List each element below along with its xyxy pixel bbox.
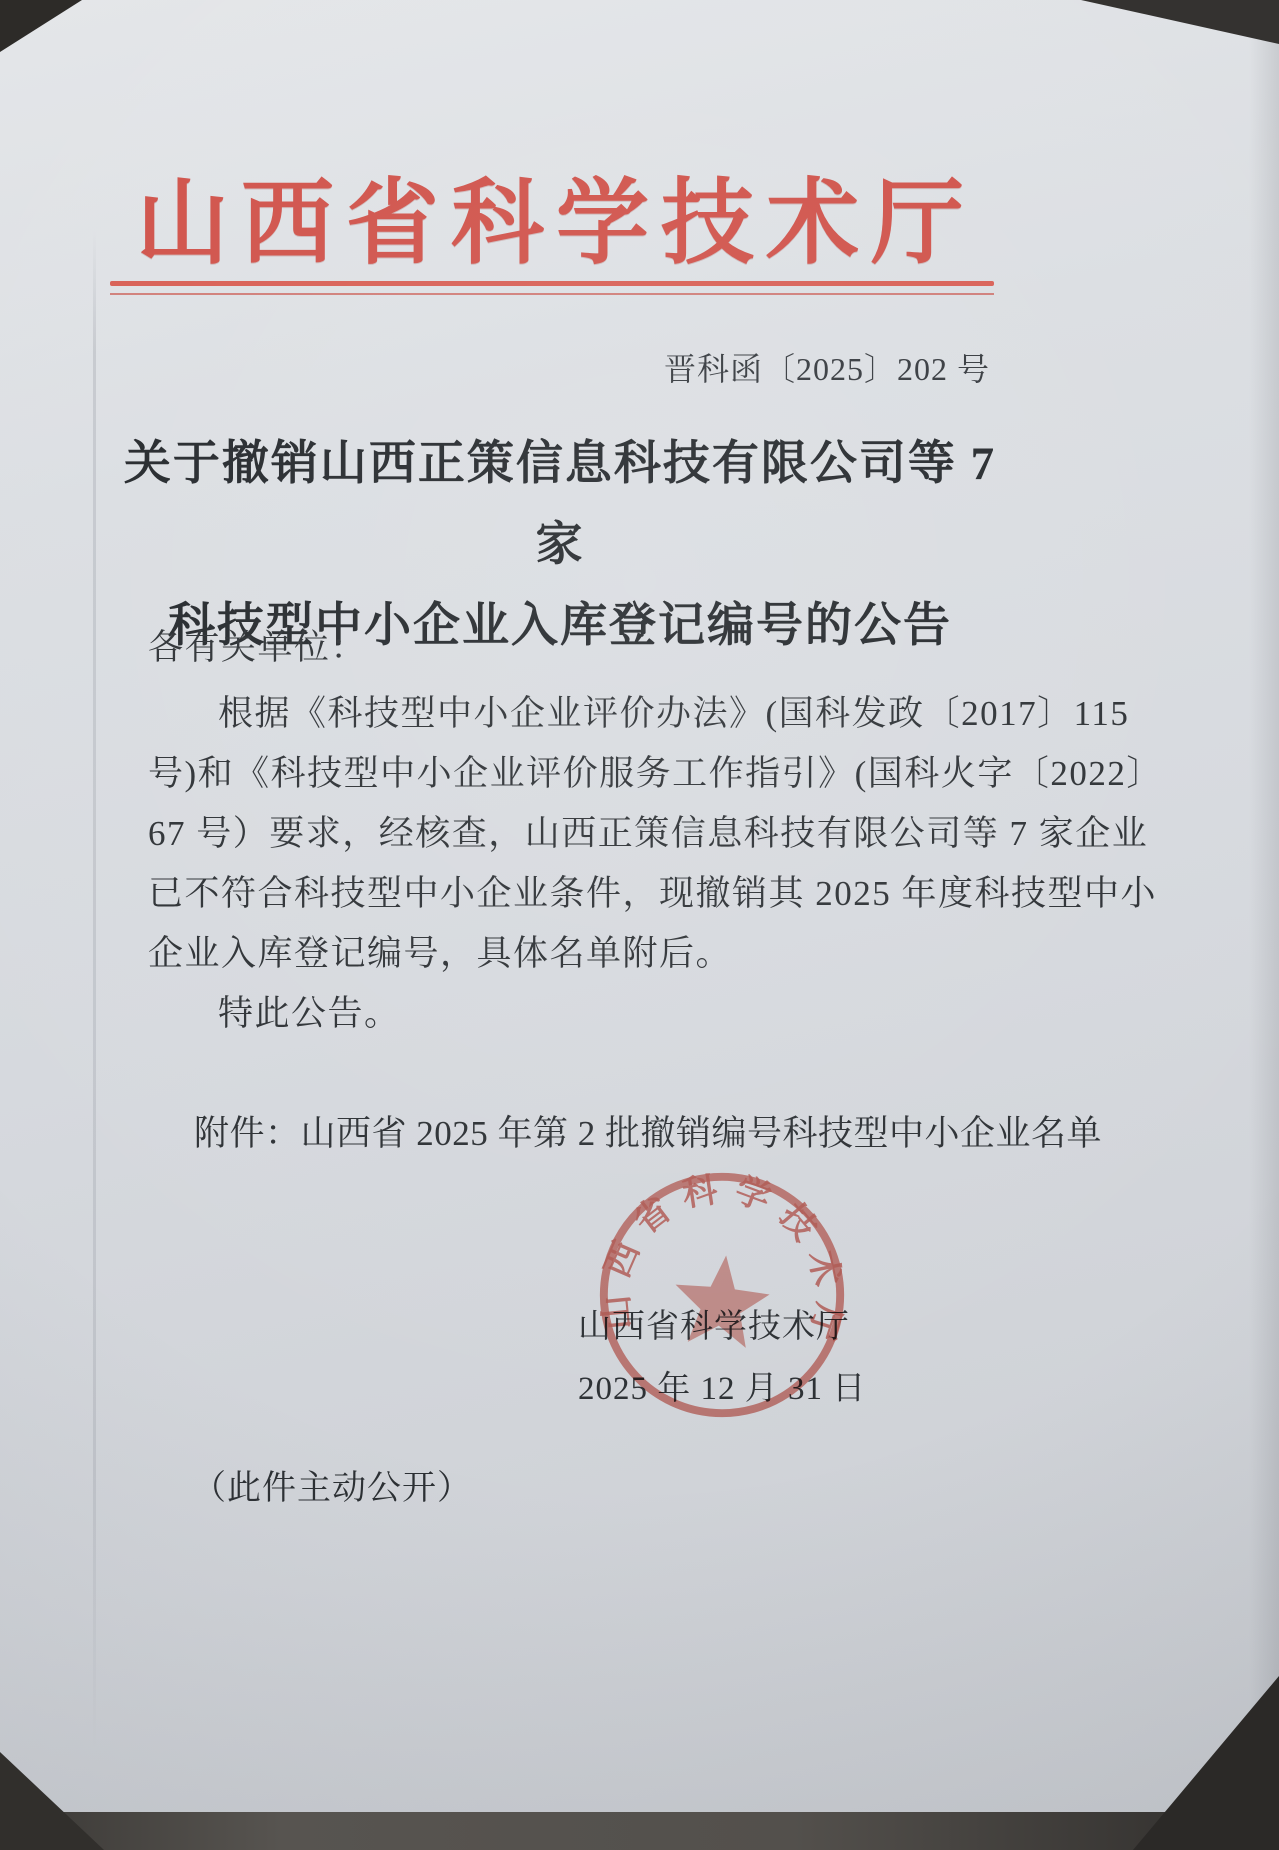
body-line: 号)和《科技型中小企业评价服务工作指引》(国科火字〔2022〕 <box>148 744 1056 804</box>
agency-letterhead: 山西省科学技术厅 <box>120 148 980 282</box>
document-number: 晋科函〔2025〕202 号 <box>560 344 990 390</box>
official-seal-stamp: 山西省科学技术厅 <box>569 1142 875 1448</box>
paper-fold-line <box>93 230 96 1750</box>
paper-right-edge-shadow <box>1249 0 1279 1810</box>
disclosure-note: （此件主动公开） <box>192 1460 472 1509</box>
closing-statement: 特此公告。 <box>218 986 401 1036</box>
document-title-line-1: 关于撤销山西正策信息科技有限公司等 7 家 <box>100 424 1020 586</box>
body-line: 企业入库登记编号，具体名单附后。 <box>148 924 1056 984</box>
body-paragraph: 根据《科技型中小企业评价办法》(国科发政〔2017〕115 号)和《科技型中小企… <box>148 684 1056 984</box>
photo-bottom-background <box>0 1812 1279 1850</box>
document-page: 山西省科学技术厅 晋科函〔2025〕202 号 关于撤销山西正策信息科技有限公司… <box>0 0 1279 1818</box>
letterhead-divider <box>110 281 994 295</box>
divider-thick-line <box>110 281 994 286</box>
document-photo: 山西省科学技术厅 晋科函〔2025〕202 号 关于撤销山西正策信息科技有限公司… <box>0 0 1279 1850</box>
seal-star-icon <box>670 1251 773 1350</box>
salutation: 各有关单位： <box>148 620 367 670</box>
body-line: 根据《科技型中小企业评价办法》(国科发政〔2017〕115 <box>148 684 1056 744</box>
body-line: 67 号）要求，经核查，山西正策信息科技有限公司等 7 家企业 <box>148 804 1056 864</box>
divider-thin-line <box>110 293 994 295</box>
body-line: 已不符合科技型中小企业条件，现撤销其 2025 年度科技型中小 <box>148 864 1056 924</box>
